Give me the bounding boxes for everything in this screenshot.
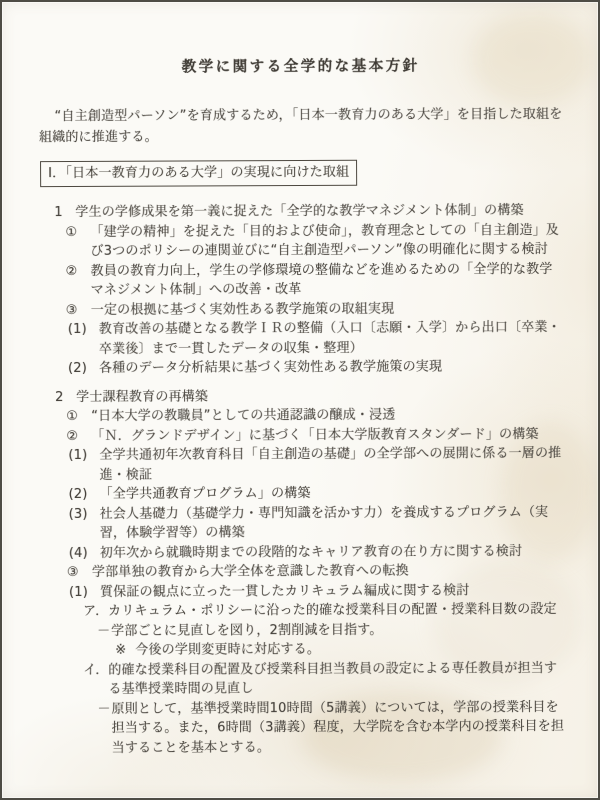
section-2-heading-text: 学士課程教育の再構築 bbox=[76, 385, 564, 407]
item-text: 一定の根拠に基づく実効性ある教学施策の取組実現 bbox=[91, 298, 564, 320]
item-text: 教員の教育力向上，学生の学修環境の整備などを進めるための「全学的な教学マネジメン… bbox=[90, 259, 563, 300]
item-marker: (1) bbox=[68, 320, 99, 340]
item-marker: ① bbox=[65, 222, 90, 242]
list-item-s1-2: ② 教員の教育力向上，学生の学修環境の整備などを進めるための「全学的な教学マネジ… bbox=[65, 259, 563, 300]
sub-item-a: ア． カリキュラム・ポリシーに沿った的確な授業科目の配置・授業科目数の設定 bbox=[83, 600, 565, 622]
list-item-s2-p4: (4) 初年次から就職時期までの段階的なキャリア教育の在り方に関する検討 bbox=[69, 541, 565, 563]
document-content: 教学に関する全学的な基本方針 “自主創造型パーソン”を育成するため，「日本一教育… bbox=[2, 2, 598, 758]
item-marker: ② bbox=[66, 426, 91, 446]
item-text: 質保証の観点に立った一貫したカリキュラム編成に関する検討 bbox=[100, 580, 565, 602]
sub-item-b: イ． 的確な授業科目の配置及び授業科目担当教員の設定による専任教員が担当する基準… bbox=[83, 658, 565, 699]
item-marker: (2) bbox=[68, 485, 99, 505]
item-marker: ③ bbox=[67, 563, 92, 583]
scanned-page: 教学に関する全学的な基本方針 “自主創造型パーソン”を育成するため，「日本一教育… bbox=[2, 2, 598, 798]
item-marker: ア． bbox=[83, 602, 108, 622]
list-item-s2-p3: (3) 社会人基礎力（基礎学力・専門知識を活かす力）を養成するプログラム（実習，… bbox=[69, 502, 565, 543]
list-item-s1-3: ③ 一定の根拠に基づく実効性ある教学施策の取組実現 bbox=[66, 298, 564, 320]
list-item-s2-p1b: (1) 質保証の観点に立った一貫したカリキュラム編成に関する検討 bbox=[69, 580, 565, 602]
list-item-s2-1: ① “日本大学の教職員”としての共通認識の醸成・浸透 bbox=[66, 405, 564, 427]
item-text: 的確な授業科目の配置及び授業科目担当教員の設定による専任教員が担当する基準授業時… bbox=[108, 658, 565, 699]
list-item-s1-p1: (1) 教育改善の基礎となる教学ＩＲの整備（入口〔志願・入学〕から出口〔卒業・卒… bbox=[68, 318, 564, 359]
item-text: 学部単独の教育から大学全体を意識した教育への転換 bbox=[92, 561, 565, 583]
list-item-s2-p1: (1) 全学共通初年次教育科目「自主創造の基礎」の全学部への展開に係る一層の推進… bbox=[68, 444, 564, 485]
item-marker: ① bbox=[66, 407, 91, 427]
section-1-heading: 1 学生の学修成果を第一義に捉えた「全学的な教学マネジメント体制」の構築 bbox=[54, 201, 563, 223]
item-marker: ③ bbox=[66, 300, 91, 320]
item-text: 学部ごとに見直しを図り，2割削減を目指す。 bbox=[111, 619, 565, 640]
sub-item-b-dash: － 原則として，基準授業時間10時間（5講義）については，学部の授業科目を担当す… bbox=[97, 697, 565, 758]
item-text: 各種のデータ分析結果に基づく実効性ある教学施策の実現 bbox=[99, 357, 564, 379]
item-marker: ② bbox=[65, 261, 90, 281]
item-text: 「Ｎ．グランドデザイン」に基づく「日本大学版教育スタンダード」の構築 bbox=[91, 424, 564, 446]
note-marker: ※ bbox=[115, 641, 135, 661]
section-2-number: 2 bbox=[55, 387, 76, 407]
section-1-number: 1 bbox=[54, 203, 75, 223]
section-2-heading: 2 学士課程教育の再構築 bbox=[55, 385, 564, 407]
item-text: 社会人基礎力（基礎学力・専門知識を活かす力）を養成するプログラム（実習，体験学習… bbox=[100, 502, 565, 543]
section-heading-box: Ⅰ．「日本一教育力のある大学」の実現に向けた取組 bbox=[40, 159, 357, 187]
item-text: 原則として，基準授業時間10時間（5講義）については，学部の授業科目を担当する。… bbox=[111, 697, 565, 757]
dash-marker: － bbox=[97, 699, 111, 719]
dash-marker: － bbox=[97, 621, 111, 641]
document-title: 教学に関する全学的な基本方針 bbox=[39, 57, 563, 79]
item-text: 教育改善の基礎となる教学ＩＲの整備（入口〔志願・入学〕から出口〔卒業・卒業後〕ま… bbox=[99, 318, 564, 359]
item-text: “日本大学の教職員”としての共通認識の醸成・浸透 bbox=[91, 405, 564, 427]
item-marker: イ． bbox=[83, 660, 108, 680]
section-1-heading-text: 学生の学修成果を第一義に捉えた「全学的な教学マネジメント体制」の構築 bbox=[75, 201, 563, 223]
scan-border-frame: 教学に関する全学的な基本方針 “自主創造型パーソン”を育成するため，「日本一教育… bbox=[0, 0, 600, 800]
list-item-s1-p2: (2) 各種のデータ分析結果に基づく実効性ある教学施策の実現 bbox=[68, 357, 564, 379]
list-item-s2-3: ③ 学部単独の教育から大学全体を意識した教育への転換 bbox=[67, 561, 565, 583]
list-item-s2-2: ② 「Ｎ．グランドデザイン」に基づく「日本大学版教育スタンダード」の構築 bbox=[66, 424, 564, 446]
sub-item-a-note: ※ 今後の学則変更時に対応する。 bbox=[115, 639, 565, 660]
intro-paragraph: “自主創造型パーソン”を育成するため，「日本一教育力のある大学」を目指した取組を… bbox=[39, 103, 563, 147]
item-marker: (1) bbox=[68, 446, 99, 466]
item-marker: (4) bbox=[69, 543, 100, 563]
item-marker: (3) bbox=[69, 504, 100, 524]
sub-item-a-dash: － 学部ごとに見直しを図り，2割削減を目指す。 bbox=[97, 619, 565, 641]
item-marker: (1) bbox=[69, 582, 100, 602]
item-text: 初年次から就職時期までの段階的なキャリア教育の在り方に関する検討 bbox=[100, 541, 565, 563]
item-text: 今後の学則変更時に対応する。 bbox=[135, 639, 565, 660]
list-item-s1-1: ① 「建学の精神」を捉えた「目的および使命」，教育理念としての「自主創造」及び3… bbox=[65, 220, 563, 261]
item-text: 「全学共通教育プログラム」の構築 bbox=[99, 483, 564, 505]
item-text: カリキュラム・ポリシーに沿った的確な授業科目の配置・授業科目数の設定 bbox=[108, 600, 565, 621]
list-item-s2-p2: (2) 「全学共通教育プログラム」の構築 bbox=[68, 483, 564, 505]
item-text: 全学共通初年次教育科目「自主創造の基礎」の全学部への展開に係る一層の推進・検証 bbox=[99, 444, 564, 485]
item-marker: (2) bbox=[68, 359, 99, 379]
item-text: 「建学の精神」を捉えた「目的および使命」，教育理念としての「自主創造」及び3つの… bbox=[90, 220, 563, 261]
